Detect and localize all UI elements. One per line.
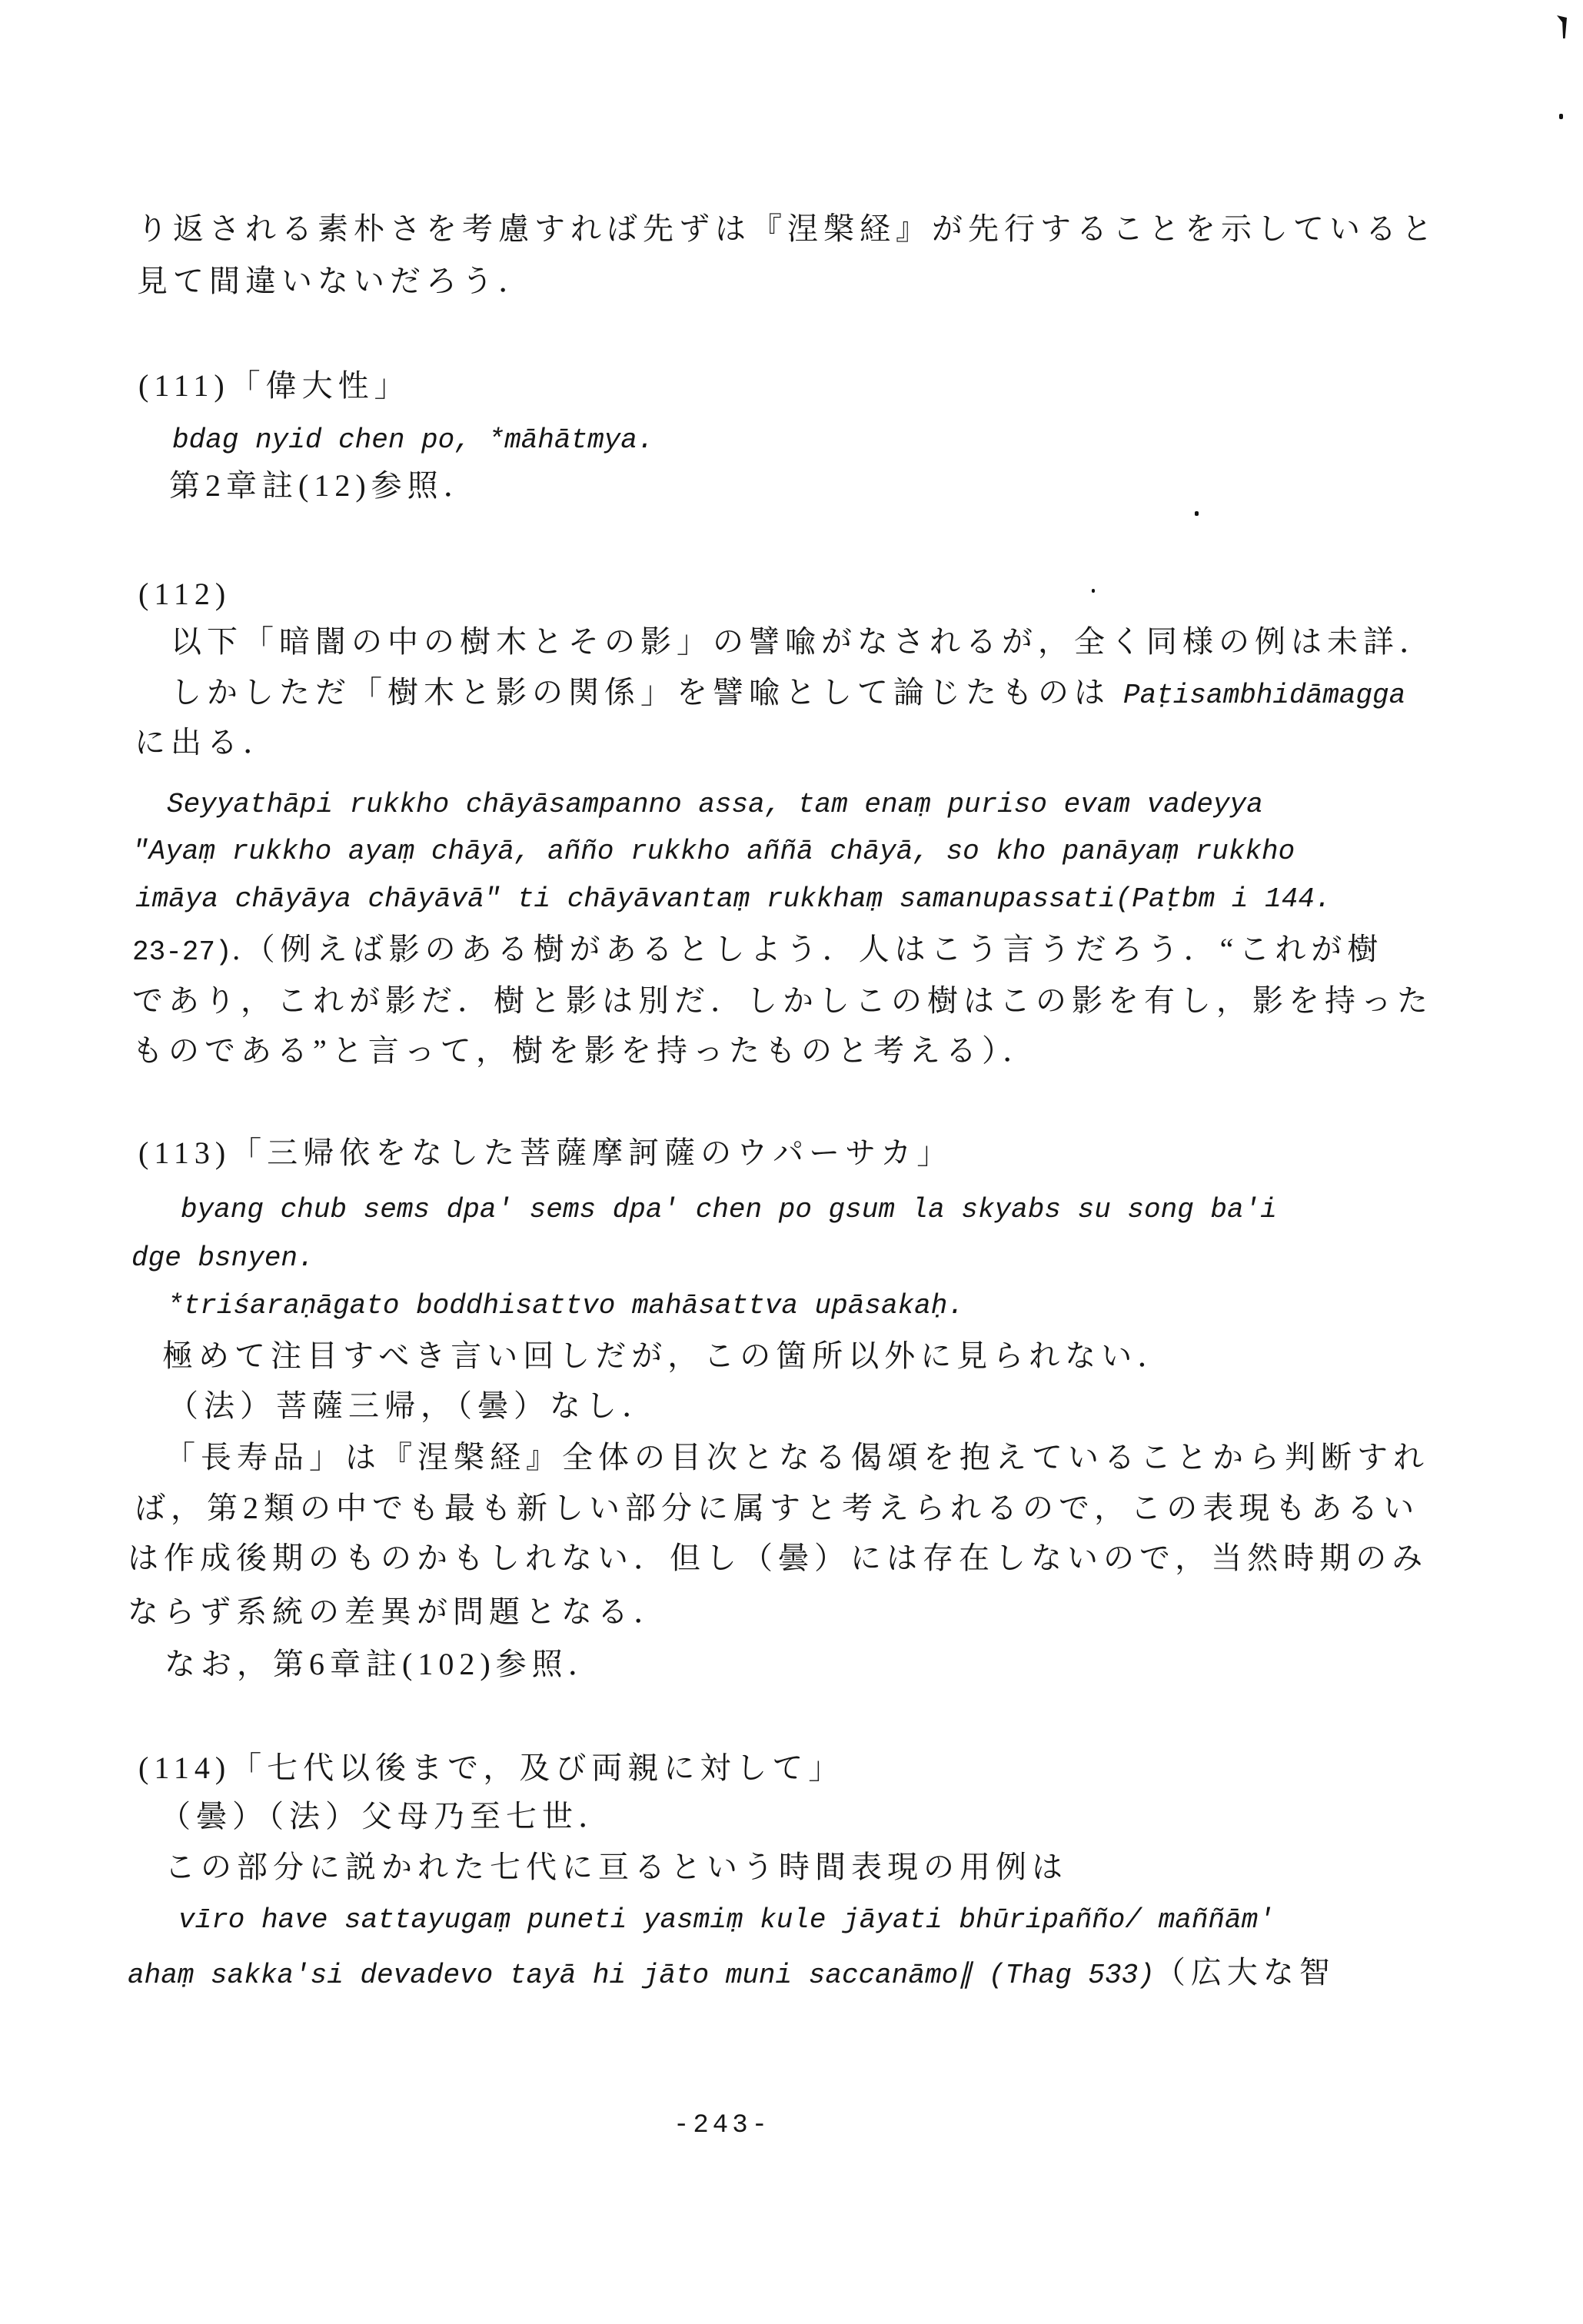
text-run-japanese: （広大な智 xyxy=(1155,1955,1335,1990)
note-112-translation-line: 23-27)．（例えば影のある樹があるとしよう．人はこう言うだろう．“これが樹 xyxy=(132,934,1383,966)
note-112-text-line: 以下「暗闇の中の樹木とその影」の譬喩がなされるが，全く同様の例は未詳． xyxy=(171,627,1435,657)
note-112-text-line: しかしただ「樹木と影の関係」を譬喩として論じたものは Paṭisambhidām… xyxy=(171,677,1405,710)
intro-line-1: り返される素朴さを考慮すれば先ずは『涅槃経』が先行することを示していると xyxy=(137,214,1438,244)
text-run-pali-title: Paṭisambhidāmagga xyxy=(1123,680,1405,711)
note-111-heading: (111)「偉大性」 xyxy=(138,371,411,401)
page-number: -243- xyxy=(673,2113,771,2139)
note-112-pali-quote-line: Seyyathāpi rukkho chāyāsampanno assa, ta… xyxy=(167,791,1263,819)
text-run-citation: 23-27)． xyxy=(132,936,260,968)
scanned-page: り返される素朴さを考慮すれば先ずは『涅槃経』が先行することを示していると 見て間… xyxy=(0,0,1583,2324)
note-113-tibetan-line: byang chub sems dpa' sems dpa' chen po g… xyxy=(181,1196,1277,1224)
note-113-text-line: は作成後期のものかもしれない．但し（曇）には存在しないので，当然時期のみ xyxy=(128,1543,1428,1574)
note-114-heading: (114)「七代以後まで，及び両親に対して」 xyxy=(138,1753,844,1784)
scan-artifact-dot xyxy=(1559,114,1563,119)
note-112-pali-quote-line: imāya chāyāya chāyāvā" ti chāyāvantaṃ ru… xyxy=(135,886,1331,913)
note-114-pali-verse-line: ahaṃ sakka'si devadevo tayā hi jāto muni… xyxy=(128,1957,1335,1990)
scan-artifact-wedge xyxy=(1557,15,1567,38)
note-113-tibetan-line: dge bsnyen. xyxy=(131,1245,314,1272)
note-113-heading: (113)「三帰依をなした菩薩摩訶薩のウパーサカ」 xyxy=(138,1138,953,1169)
note-113-reference-line: なお，第6章註(102)参照． xyxy=(165,1649,604,1680)
text-run-pali: ahaṃ sakka'si devadevo tayā hi jāto muni… xyxy=(128,1960,1155,1991)
note-112-text-line: に出る． xyxy=(135,727,279,758)
scan-artifact-dot xyxy=(1092,589,1095,593)
note-113-text-line: 「長寿品」は『涅槃経』全体の目次となる偈頌を抱えていることから判断すれ xyxy=(165,1442,1429,1473)
scan-artifact-dot xyxy=(1195,511,1199,516)
note-111-tibetan-line: bdag nyid chen po, *māhātmya. xyxy=(172,427,654,454)
note-114-pali-verse-line: vīro have sattayugaṃ puneti yasmiṃ kule … xyxy=(178,1907,1275,1934)
note-113-text-line: （法）菩薩三帰，（曇）なし． xyxy=(168,1391,658,1421)
text-run-japanese: （例えば影のある樹があるとしよう．人はこう言うだろう．“これが樹 xyxy=(260,932,1384,966)
note-111-reference-line: 第2章註(12)参照． xyxy=(169,470,480,501)
note-113-text-line: ならず系統の差異が問題となる． xyxy=(128,1597,670,1627)
intro-line-2: 見て間違いないだろう． xyxy=(137,266,534,297)
note-114-text-line: （曇）（法）父母乃至七世． xyxy=(160,1801,614,1832)
note-113-text-line: 極めて注目すべき言い回しだが，この箇所以外に見られない． xyxy=(162,1341,1173,1371)
note-113-sanskrit-line: *triśaraṇāgato boddhisattvo mahāsattva u… xyxy=(167,1292,964,1320)
note-112-translation-line: ものである”と言って，樹を影を持ったものと考える）． xyxy=(132,1036,1039,1066)
text-run-japanese: しかしただ「樹木と影の関係」を譬喩として論じたものは xyxy=(171,675,1123,710)
note-112-translation-line: であり，これが影だ．樹と影は別だ．しかしこの樹はこの影を有し，影を持った xyxy=(132,986,1433,1016)
note-112-pali-quote-line: "Ayaṃ rukkho ayaṃ chāyā, añño rukkho aññ… xyxy=(132,838,1295,866)
note-114-text-line: この部分に説かれた七代に亘るという時間表現の用例は xyxy=(165,1852,1068,1883)
note-112-heading: (112) xyxy=(138,579,231,610)
note-113-text-line: ば，第2類の中でも最も新しい部分に属すと考えられるので，この表現もあるい xyxy=(135,1493,1419,1524)
